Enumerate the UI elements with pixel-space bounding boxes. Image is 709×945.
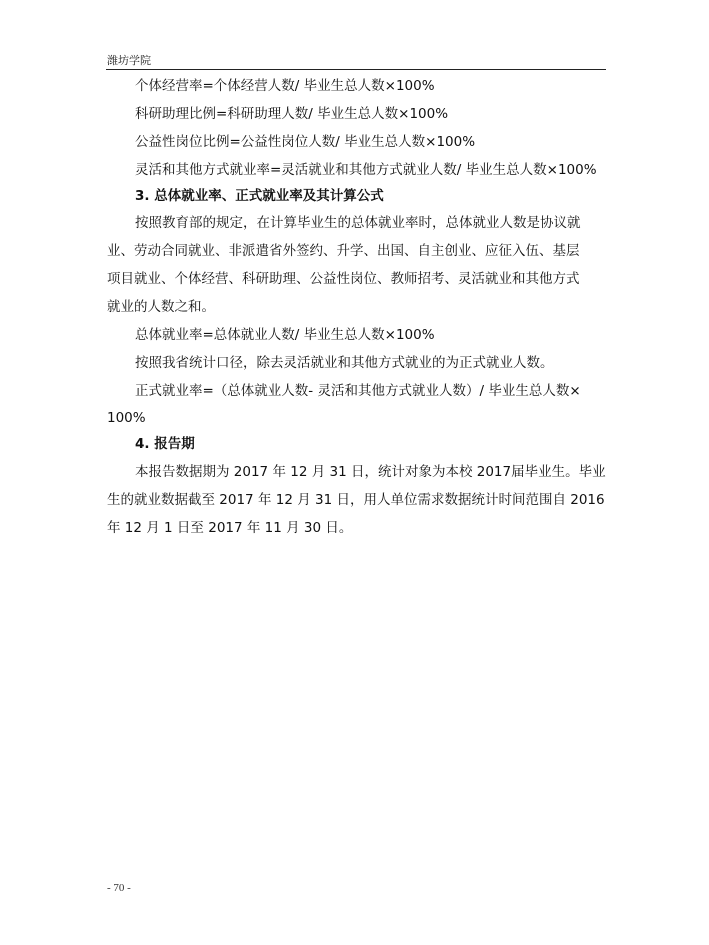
formula-formal-employment-cont: 100% <box>107 408 146 428</box>
page-number: - 70 - <box>107 882 131 894</box>
section-3-para-2: 按照我省统计口径，除去灵活就业和其他方式就业的为正式就业人数。 <box>135 353 554 373</box>
formula-public-welfare: 公益性岗位比例=公益性岗位人数/ 毕业生总人数×100% <box>135 132 475 152</box>
formula-formal-employment: 正式就业率=（总体就业人数- 灵活和其他方式就业人数）/ 毕业生总人数× <box>135 381 581 401</box>
section-3-heading: 3. 总体就业率、正式就业率及其计算公式 <box>135 186 384 206</box>
section-4-para-line: 本报告数据期为 2017 年 12 月 31 日，统计对象为本校 2017届毕业… <box>135 462 606 482</box>
section-4-para-line: 年 12 月 1 日至 2017 年 11 月 30 日。 <box>107 518 352 538</box>
section-3-para-line: 项目就业、个体经营、科研助理、公益性岗位、教师招考、灵活就业和其他方式 <box>107 269 580 289</box>
running-header: 潍坊学院 <box>107 52 151 68</box>
header-divider <box>106 69 606 70</box>
section-3-para-line: 业、劳动合同就业、非派遣省外签约、升学、出国、自主创业、应征入伍、基层 <box>107 241 580 261</box>
formula-total-employment: 总体就业率=总体就业人数/ 毕业生总人数×100% <box>135 325 435 345</box>
section-4-heading: 4. 报告期 <box>135 434 195 454</box>
formula-self-employment: 个体经营率=个体经营人数/ 毕业生总人数×100% <box>135 76 435 96</box>
formula-flexible-employment: 灵活和其他方式就业率=灵活就业和其他方式就业人数/ 毕业生总人数×100% <box>135 160 597 180</box>
section-3-para-line: 就业的人数之和。 <box>107 297 215 317</box>
section-4-para-line: 生的就业数据截至 2017 年 12 月 31 日，用人单位需求数据统计时间范围… <box>107 490 605 510</box>
formula-research-assistant: 科研助理比例=科研助理人数/ 毕业生总人数×100% <box>135 104 448 124</box>
section-3-para-line: 按照教育部的规定，在计算毕业生的总体就业率时，总体就业人数是协议就 <box>135 213 581 233</box>
